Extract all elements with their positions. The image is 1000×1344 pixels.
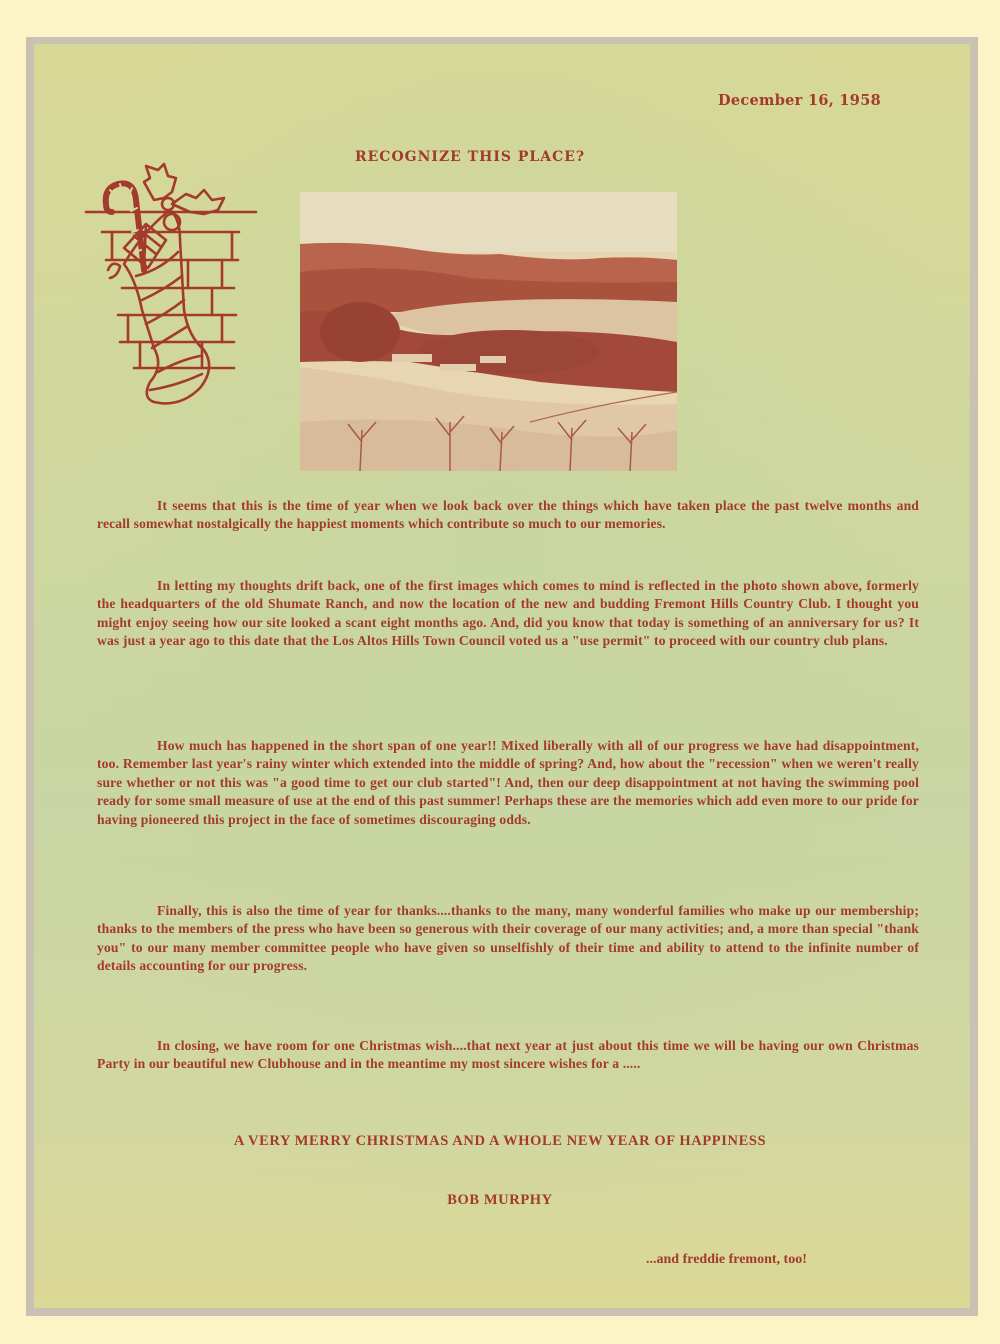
paragraph-2: In letting my thoughts drift back, one o… bbox=[97, 577, 919, 651]
closing-greeting: A VERY MERRY CHRISTMAS AND A WHOLE NEW Y… bbox=[0, 1133, 1000, 1150]
paragraph-2-text: In letting my thoughts drift back, one o… bbox=[97, 577, 919, 651]
paragraph-3: How much has happened in the short span … bbox=[97, 737, 919, 829]
paragraph-5: In closing, we have room for one Christm… bbox=[97, 1037, 919, 1074]
postscript: ...and freddie fremont, too! bbox=[646, 1252, 807, 1268]
paragraph-4-text: Finally, this is also the time of year f… bbox=[97, 902, 919, 976]
headline: RECOGNIZE THIS PLACE? bbox=[355, 149, 585, 165]
paragraph-1-text: It seems that this is the time of year w… bbox=[97, 497, 919, 534]
paragraph-4: Finally, this is also the time of year f… bbox=[97, 902, 919, 976]
paragraph-1: It seems that this is the time of year w… bbox=[97, 497, 919, 534]
paragraph-5-text: In closing, we have room for one Christm… bbox=[97, 1037, 919, 1074]
christmas-stocking-icon bbox=[84, 160, 264, 415]
signature: BOB MURPHY bbox=[0, 1192, 1000, 1209]
paragraph-3-text: How much has happened in the short span … bbox=[97, 737, 919, 829]
ranch-photo bbox=[300, 192, 677, 471]
letter-date: December 16, 1958 bbox=[718, 92, 881, 109]
